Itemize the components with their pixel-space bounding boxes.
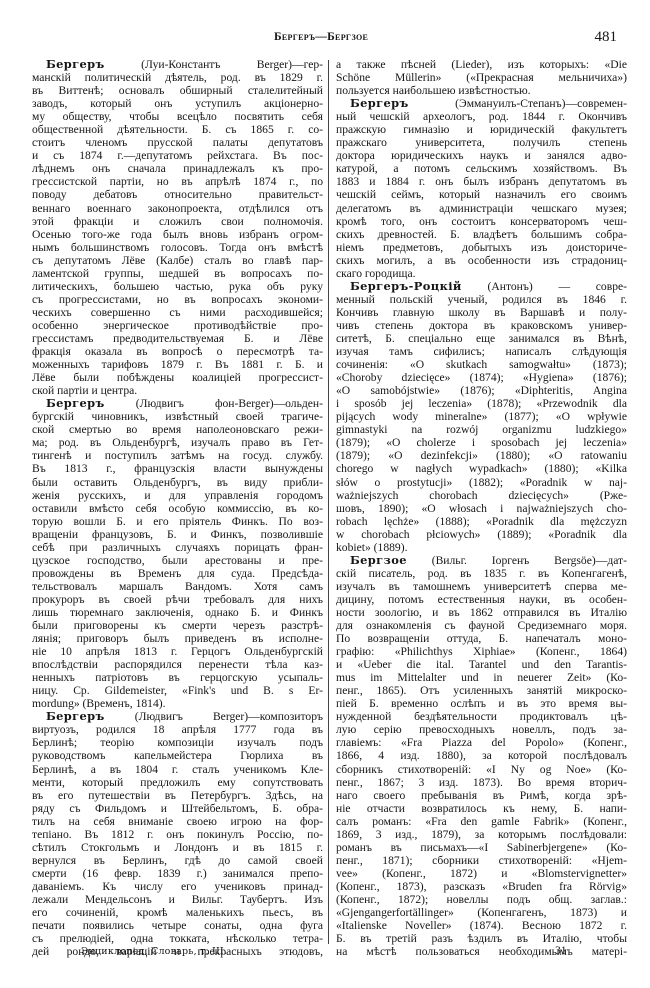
- line-text: ма; род. въ Ольденбургѣ, изучалъ право в…: [32, 436, 323, 449]
- text-line: Въ 1813 г., французскія власти вынуждены: [32, 462, 323, 475]
- text-line: впослѣдствіи распорядился перенести тѣла…: [32, 658, 323, 671]
- line-text: съ депутатомъ Лёве (Калбе) сталъ во глав…: [32, 254, 323, 267]
- line-text: ской партіи и центра.: [32, 384, 137, 397]
- text-line: «O samobójstwie» (1876); «Diphteritis, A…: [336, 384, 627, 397]
- text-line: графію: «Philichthys Xiphiae» (Копенг., …: [336, 645, 627, 658]
- text-line: прокуроръ въ своей рѣчи требовалъ для ни…: [32, 593, 323, 606]
- text-line: менный польскій ученый, родился въ 1846 …: [336, 293, 627, 306]
- text-line: vee» (Копенг., 1872) и «Blomstervignette…: [336, 867, 627, 880]
- text-line: доктора юридическихъ наукъ и занялся адв…: [336, 149, 627, 162]
- line-text: грессистамъ предводительствуемая Б. и Лё…: [32, 332, 323, 345]
- text-line: (1879); «O cholerze i sposobach jej lecz…: [336, 436, 627, 449]
- text-line: ненныхъ патріотовъ въ герцогскую усыпаль…: [32, 671, 323, 684]
- line-text: кромѣ того, онъ состоитъ консерваторомъ …: [336, 215, 627, 228]
- line-text: особенно энергическое противодѣйствіе пр…: [32, 319, 323, 332]
- text-line: Берлинѣ, а въ 1804 г. сталъ ученикомъ Кл…: [32, 763, 323, 776]
- line-text: Лёве были побѣждены коалиціей прогрессис…: [32, 371, 323, 384]
- text-line: грессистской партіи, но въ апрѣлѣ 1874 г…: [32, 175, 323, 188]
- text-line: mus im Mittelalter und in neuerer Zeit» …: [336, 671, 627, 684]
- line-text: 1883 и 1884 г. онъ былъ избранъ депутато…: [336, 175, 627, 188]
- line-text: пражскаго университета, получилъ степень: [336, 136, 627, 149]
- column-divider: [328, 60, 329, 944]
- text-line: ніемъ предметовъ, добытыхъ изъ доисторич…: [336, 241, 627, 254]
- line-text: Въ 1813 г., французскія власти вынуждены: [32, 462, 323, 475]
- text-line: «Gjengangerfortällinger» (Копенгагенъ, 1…: [336, 906, 627, 919]
- text-line: тельствовалъ маршалъ Вандомъ. Хотя самъ: [32, 580, 323, 593]
- right-column: а также пѣсней (Lieder), изъ которыхъ: «…: [336, 58, 627, 958]
- text-line: кромѣ того, онъ состоитъ консерваторомъ …: [336, 215, 627, 228]
- line-text: тельствовалъ маршалъ Вандомъ. Хотя самъ: [32, 580, 323, 593]
- line-text: нужденной бездѣятельности продиктовалъ ц…: [336, 710, 627, 723]
- text-line: провождены въ Временъ для суда. Предсѣда…: [32, 567, 323, 580]
- line-text: и съ 1874 г.—депутатомъ рейхстага. Въ по…: [32, 149, 323, 162]
- text-line: и «Ueber die ital. Tarantel und den Tara…: [336, 658, 627, 671]
- line-text: изучая тамъ сифилисъ; написалъ слѣдующія: [336, 345, 627, 358]
- text-line: 1866, 4 изд. 1880), за которой послѣдова…: [336, 749, 627, 762]
- entry-first-line: Бергеръ-Роцкій (Антонъ) — совре-: [336, 280, 627, 293]
- text-line: ницу. Ср. Gildemeister, «Fink's und B. s…: [32, 684, 323, 697]
- line-text: менный польскій ученый, родился въ 1846 …: [336, 293, 627, 306]
- line-text: ніе 10 апрѣля 1813 г. Герцогъ Ольденбург…: [32, 645, 323, 658]
- line-text: «O samobójstwie» (1876); «Diphteritis, A…: [336, 384, 627, 397]
- text-line: (Копенг., 1873), разсказъ «Bruden fra Rö…: [336, 880, 627, 893]
- text-line: «Choroby dziecięce» (1874); «Hygiena» (1…: [336, 371, 627, 384]
- line-text: 1869, 3 изд., 1879), за которымъ послѣдо…: [336, 828, 627, 841]
- text-line: катурой, а потомъ сельскимъ хозяйствомъ.…: [336, 162, 627, 175]
- line-text: ряду съ Фильдомъ и Штейбельтомъ, Б. обра…: [32, 802, 323, 815]
- line-text: Кончивъ главную школу въ Варшавѣ и полу-: [336, 306, 627, 319]
- line-text: были оставить Ольденбургъ, въ виду прибл…: [32, 476, 323, 489]
- line-text: му обществу, чтобы всецѣло посвятить себ…: [32, 110, 323, 123]
- text-line: вернулся въ Берлинъ, гдѣ до самой своей: [32, 854, 323, 867]
- text-line: сѣтилъ Стокгольмъ и Лондонъ и въ 1815 г.: [32, 841, 323, 854]
- text-line: ламентской группы, шедшей въ вопросахъ п…: [32, 267, 323, 280]
- text-line: руководствомъ капельмейстера Гюрлиха въ: [32, 749, 323, 762]
- line-text: наго своего пребыванія въ Римѣ, когда зр…: [336, 789, 627, 802]
- line-text: ламентской группы, шедшей въ вопросахъ п…: [32, 267, 323, 280]
- text-line: скихъ могилъ, а въ особенности изъ страд…: [336, 254, 627, 267]
- line-text: главіемъ: «Fra Piazza del Popolo» (Копен…: [336, 736, 627, 749]
- entry-headword: Бергзое: [350, 553, 407, 567]
- line-text: этой фракціи и сложилъ свои полномочія.: [32, 215, 323, 228]
- entry-first-line: Бергеръ (Людвигъ фон-Berger)—ольден-: [32, 397, 323, 410]
- text-line: тингенѣ и поступилъ затѣмъ на госуд. слу…: [32, 449, 323, 462]
- text-line: лишь тюремнаго заключенія, однако Б. и Ф…: [32, 606, 323, 619]
- text-line: наго своего пребыванія въ Римѣ, когда зр…: [336, 789, 627, 802]
- text-line: были приговорены къ смерти черезъ разстр…: [32, 619, 323, 632]
- line-text: 1866, 4 изд. 1880), за которой послѣдова…: [336, 749, 627, 762]
- text-line: моженныхъ тарифовъ 1879 г. Въ 1881 г. Б.…: [32, 358, 323, 371]
- text-line: ный чешскій археологъ, род. 1844 г. Окон…: [336, 110, 627, 123]
- text-line: салъ романъ: «Fra den gamle Fabrik» (Коп…: [336, 815, 627, 828]
- line-text: ческихъ совершенно съ ними расходившейся…: [32, 306, 323, 319]
- line-text: (1879); «O dezinfekcji» (1880); «O ratow…: [336, 449, 627, 462]
- line-text: лѣднемъ онъ сначала принадлежалъ къ про-: [32, 162, 323, 175]
- text-line: нужденной бездѣятельности продиктовалъ ц…: [336, 710, 627, 723]
- line-text: вернулся въ Берлинъ, гдѣ до самой своей: [32, 854, 323, 867]
- text-line: (Копенг., 1872); новеллы подъ общ. загла…: [336, 893, 627, 906]
- text-line: дицину, потомъ естественныя науки, въ ос…: [336, 593, 627, 606]
- entry-headword: Бергеръ: [46, 396, 105, 410]
- line-text: нымъ большинствомъ голосовъ. Тогда онъ в…: [32, 241, 323, 254]
- line-text: общественной дѣятельности. Б. съ 1865 г.…: [32, 123, 323, 136]
- line-text: słów o prostytucji» (1882); «Poradnik w …: [336, 476, 627, 489]
- text-line: пражскаго университета, получилъ степень: [336, 136, 627, 149]
- line-text: (Эммануилъ-Степанъ)—современ-: [409, 97, 627, 110]
- line-text: стоитъ членомъ прусской палаты депутатов…: [32, 136, 323, 149]
- text-line: «Italienske Noveller» (1874). Весною 187…: [336, 919, 627, 932]
- entry-headword: Бергеръ: [46, 709, 105, 723]
- text-line: Осенью того-же года былъ вновь избранъ о…: [32, 228, 323, 241]
- line-text: (Копенг., 1872); новеллы подъ общ. загла…: [336, 893, 627, 906]
- line-text: gimnastyki na rozwój organizmu ludzkiego…: [336, 423, 627, 436]
- line-text: торую вошли Б. и его пріятель Финкъ. По …: [32, 515, 323, 528]
- line-text: поводу дебатовъ относительно правительст…: [32, 188, 323, 201]
- line-text: «Choroby dziecięce» (1874); «Hygiena» (1…: [336, 371, 627, 384]
- text-line: общественной дѣятельности. Б. съ 1865 г.…: [32, 123, 323, 136]
- text-line: вращеніи французовъ, Б. и Финкъ, позволи…: [32, 528, 323, 541]
- line-text: пенг., 1865). Отъ усиленныхъ занятій мик…: [336, 684, 627, 697]
- text-line: оставили вмѣсто себя особую коммиссію, в…: [32, 502, 323, 515]
- line-text: грессистской партіи, но въ апрѣлѣ 1874 г…: [32, 175, 323, 188]
- line-text: Берлинѣ; теорію композиціи изучалъ подъ: [32, 736, 323, 749]
- text-line: ности зоологію, и въ 1862 отправился въ …: [336, 606, 627, 619]
- text-line: стоитъ членомъ прусской палаты депутатов…: [32, 136, 323, 149]
- entry-headword: Бергеръ: [350, 96, 409, 110]
- line-text: ніемъ предметовъ, добытыхъ изъ доисторич…: [336, 241, 627, 254]
- text-line: главіемъ: «Fra Piazza del Popolo» (Копен…: [336, 736, 627, 749]
- text-line: ніе 10 апрѣля 1813 г. Герцогъ Ольденбург…: [32, 645, 323, 658]
- line-text: тилъ на себя вниманіе своею игрою на фор…: [32, 815, 323, 828]
- text-line: фракція оказала въ вопросѣ о пересмотрѣ …: [32, 345, 323, 358]
- text-line: тилъ на себя вниманіе своею игрою на фор…: [32, 815, 323, 828]
- text-line: i sposób jej leczenia» (1878); «Przewodn…: [336, 397, 627, 410]
- line-text: лую серію превосходныхъ новеллъ, подъ за…: [336, 723, 627, 736]
- line-text: даваніемъ. Къ числу его учениковъ принад…: [32, 880, 323, 893]
- text-line: себѣ при различныхъ случаяхъ порицать фр…: [32, 541, 323, 554]
- line-text: менти, который предложилъ ему сопутствов…: [32, 776, 323, 789]
- line-text: Осенью того-же года былъ вновь избранъ о…: [32, 228, 323, 241]
- text-line: съ депутатомъ Лёве (Калбе) сталъ во глав…: [32, 254, 323, 267]
- line-text: лянія; приговоръ былъ приведенъ въ испол…: [32, 632, 323, 645]
- line-text: и «Ueber die ital. Tarantel und den Tara…: [336, 658, 627, 671]
- text-line: нымъ большинствомъ голосовъ. Тогда онъ в…: [32, 241, 323, 254]
- line-text: Берлинѣ, а въ 1804 г. сталъ ученикомъ Кл…: [32, 763, 323, 776]
- text-line: бургскій чиновникъ, извѣстный своей траг…: [32, 410, 323, 423]
- line-text: піей Б. временно ослѣпъ и въ это время в…: [336, 697, 627, 710]
- line-text: себѣ при различныхъ случаяхъ порицать фр…: [32, 541, 323, 554]
- page-header: Бергеръ—Бергзое 481: [0, 31, 650, 49]
- line-text: шовъ, 1890); «O włosach i najważniejszyc…: [336, 502, 627, 515]
- line-text: ніе отчасти возвратилось къ нему, Б. нап…: [336, 802, 627, 815]
- text-line: заводъ, который онъ уступилъ акціонерно-: [32, 97, 323, 110]
- text-line: виртуозъ, родился 18 апрѣля 1777 года въ: [32, 723, 323, 736]
- text-line: w chorobach płciowych» (1889); «Poradnik…: [336, 528, 627, 541]
- text-line: ской смертью во время наполеоновскаго ре…: [32, 423, 323, 436]
- line-text: скаго городища.: [336, 267, 416, 280]
- signature-number: 31: [555, 945, 567, 957]
- text-line: pijących wody mineralne» (1877); «O wpły…: [336, 410, 627, 423]
- text-line: ма; род. въ Ольденбургѣ, изучалъ право в…: [32, 436, 323, 449]
- line-text: веннаго военнаго законопроекта, отдѣлилс…: [32, 202, 323, 215]
- text-line: chorego w nagłych wypadkach» (1880); «Ki…: [336, 462, 627, 475]
- line-text: Schöne Müllerin» («Прекрасная мельничиха…: [336, 71, 627, 84]
- text-line: Кончивъ главную школу въ Варшавѣ и полу-: [336, 306, 627, 319]
- line-text: манскій политическій дѣятель, род. въ 18…: [32, 71, 323, 84]
- line-text: (Антонъ) — совре-: [462, 280, 627, 293]
- line-text: «Gjengangerfortällinger» (Копенгагенъ, 1…: [336, 906, 627, 919]
- line-text: смерти (16 февр. 1839 г.) занимался преп…: [32, 867, 323, 880]
- text-line: а также пѣсней (Lieder), изъ которыхъ: «…: [336, 58, 627, 71]
- entry-first-line: Бергеръ (Луи-Константъ Berger)—гер-: [32, 58, 323, 71]
- text-line: скихъ древностей. Б. владѣетъ большимъ с…: [336, 228, 627, 241]
- line-text: лежали Мендельсонъ и Вильг. Таубертъ. Из…: [32, 893, 323, 906]
- line-text: w chorobach płciowych» (1889); «Poradnik…: [336, 528, 627, 541]
- line-text: въ его путешествіи въ Петербургъ. Здѣсь,…: [32, 789, 323, 802]
- line-text: моженныхъ тарифовъ 1879 г. Въ 1881 г. Б.…: [32, 358, 323, 371]
- text-line: тепіано. Въ 1812 г. онъ покинулъ Россію,…: [32, 828, 323, 841]
- line-text: скихъ могилъ, а въ особенности изъ страд…: [336, 254, 627, 267]
- text-line: для ознакомленія съ фауной Средиземнаго …: [336, 619, 627, 632]
- line-text: i sposób jej leczenia» (1878); «Przewodn…: [336, 397, 627, 410]
- page-footer: Энциклопед. Словарь, т. III. 31: [0, 946, 650, 962]
- text-line: были оставить Ольденбургъ, въ виду прибл…: [32, 476, 323, 489]
- text-line: Schöne Müllerin» («Прекрасная мельничиха…: [336, 71, 627, 84]
- line-text: доктора юридическихъ наукъ и занялся адв…: [336, 149, 627, 162]
- text-line: съ прелюдіей, одна токката, нѣсколько те…: [32, 932, 323, 945]
- line-text: бургскій чиновникъ, извѣстный своей траг…: [32, 410, 323, 423]
- text-line: и съ 1874 г.—депутатомъ рейхстага. Въ по…: [32, 149, 323, 162]
- line-text: цузское господство, были арестованы и пр…: [32, 554, 323, 567]
- line-text: kobiet» (1889).: [336, 541, 407, 554]
- text-line: пенг., 1865). Отъ усиленныхъ занятій мик…: [336, 684, 627, 697]
- line-text: mordung» (Временъ, 1814).: [32, 697, 166, 710]
- line-text: ницу. Ср. Gildemeister, «Fink's und B. s…: [32, 684, 323, 697]
- line-text: чивъ степень доктора въ краковскомъ унив…: [336, 319, 627, 332]
- text-line: Б. въ третій разъ ѣздилъ въ Италію, чтоб…: [336, 932, 627, 945]
- page-number: 481: [595, 29, 618, 46]
- line-text: дицину, потомъ естественныя науки, въ ос…: [336, 593, 627, 606]
- line-text: тингенѣ и поступилъ затѣмъ на госуд. слу…: [32, 449, 323, 462]
- text-line: піей Б. временно ослѣпъ и въ это время в…: [336, 697, 627, 710]
- line-text: пражскую гимназію и юридическій факульте…: [336, 123, 627, 136]
- line-text: были приговорены къ смерти черезъ разстр…: [32, 619, 323, 632]
- line-text: (Людвигъ Berger)—композиторъ: [105, 710, 323, 723]
- line-text: (Вильг. Іоргенъ Bergsöe)—дат-: [407, 554, 627, 567]
- line-text: сѣтилъ Стокгольмъ и Лондонъ и въ 1815 г.: [32, 841, 323, 854]
- text-line: поводу дебатовъ относительно правительст…: [32, 188, 323, 201]
- text-line: robach lęchże» (1888); «Poradnik dla męż…: [336, 515, 627, 528]
- line-text: chorego w nagłych wypadkach» (1880); «Ki…: [336, 462, 627, 475]
- text-line: шовъ, 1890); «O włosach i najważniejszyc…: [336, 502, 627, 515]
- text-line: особенно энергическое противодѣйствіе пр…: [32, 319, 323, 332]
- text-line: торую вошли Б. и его пріятель Финкъ. По …: [32, 515, 323, 528]
- line-text: тепіано. Въ 1812 г. онъ покинулъ Россію,…: [32, 828, 323, 841]
- text-line: чивъ степень доктора въ краковскомъ унив…: [336, 319, 627, 332]
- entry-headword: Бергеръ: [46, 57, 105, 71]
- text-line: скій писатель, род. въ 1835 г. въ Копенг…: [336, 567, 627, 580]
- text-line: лежали Мендельсонъ и Вильг. Таубертъ. Из…: [32, 893, 323, 906]
- text-line: ситетѣ, Б. спеціально еще занимался въ В…: [336, 332, 627, 345]
- line-text: оставили вмѣсто себя особую коммиссію, в…: [32, 502, 323, 515]
- line-text: провождены въ Временъ для суда. Предсѣда…: [32, 567, 323, 580]
- text-line: чешскій сеймъ, который назначилъ его сво…: [336, 188, 627, 201]
- line-text: изучалъ въ тамошнемъ университетѣ сперва…: [336, 580, 627, 593]
- text-line: печати появились четыре сонаты, одна фуг…: [32, 919, 323, 932]
- text-line: ważniejszych chorobach dziecięcych» (Рже…: [336, 489, 627, 502]
- entry-first-line: Бергеръ (Эммануилъ-Степанъ)—современ-: [336, 97, 627, 110]
- text-line: съ прогрессистами, но въ вопросахъ эконо…: [32, 293, 323, 306]
- text-line: пенг., 1867; 3 изд. 1873). Во время втор…: [336, 776, 627, 789]
- text-line: его сочиненій, кромѣ маленькихъ пьесъ, в…: [32, 906, 323, 919]
- text-line: му обществу, чтобы всецѣло посвятить себ…: [32, 110, 323, 123]
- text-line: смерти (16 февр. 1839 г.) занимался преп…: [32, 867, 323, 880]
- text-line: грессистамъ предводительствуемая Б. и Лё…: [32, 332, 323, 345]
- line-text: лишь тюремнаго заключенія, однако Б. и Ф…: [32, 606, 323, 619]
- text-line: романъ въ письмахъ—«I Sabinerbjergene» (…: [336, 841, 627, 854]
- text-line: манскій политическій дѣятель, род. въ 18…: [32, 71, 323, 84]
- line-text: пользуется наибольшею извѣстностью.: [336, 84, 531, 97]
- line-text: съ прогрессистами, но въ вопросахъ эконо…: [32, 293, 323, 306]
- text-line: słów o prostytucji» (1882); «Poradnik w …: [336, 476, 627, 489]
- text-line: въ его путешествіи въ Петербургъ. Здѣсь,…: [32, 789, 323, 802]
- line-text: пенг., 1867; 3 изд. 1873). Во время втор…: [336, 776, 627, 789]
- text-line: делегатомъ въ администраціи чешскаго муз…: [336, 202, 627, 215]
- entry-first-line: Бергзое (Вильг. Іоргенъ Bergsöe)—дат-: [336, 554, 627, 567]
- text-line: (1879); «O dezinfekcji» (1880); «O ratow…: [336, 449, 627, 462]
- text-line: изучалъ въ тамошнемъ университетѣ сперва…: [336, 580, 627, 593]
- line-text: Б. въ третій разъ ѣздилъ въ Италію, чтоб…: [336, 932, 627, 945]
- text-line: въ Виттенѣ; основалъ обширный сталелитей…: [32, 84, 323, 97]
- text-line: сочиненія: «O skutkach samogwałtu» (1873…: [336, 358, 627, 371]
- text-line: цузское господство, были арестованы и пр…: [32, 554, 323, 567]
- line-text: ности зоологію, и въ 1862 отправился въ …: [336, 606, 627, 619]
- line-text: салъ романъ: «Fra den gamle Fabrik» (Коп…: [336, 815, 627, 828]
- line-text: руководствомъ капельмейстера Гюрлиха въ: [32, 749, 323, 762]
- line-text: robach lęchże» (1888); «Poradnik dla męż…: [336, 515, 627, 528]
- line-text: сборникъ стихотвореній: «I Ny og Noe» (К…: [336, 763, 627, 776]
- text-line: ніе отчасти возвратилось къ нему, Б. нап…: [336, 802, 627, 815]
- line-text: скихъ древностей. Б. владѣетъ большимъ с…: [336, 228, 627, 241]
- text-line: изучая тамъ сифилисъ; написалъ слѣдующія: [336, 345, 627, 358]
- line-text: (Людвигъ фон-Berger)—ольден-: [105, 397, 323, 410]
- text-line: ческихъ совершенно съ ними расходившейся…: [32, 306, 323, 319]
- text-line: Лёве были побѣждены коалиціей прогрессис…: [32, 371, 323, 384]
- line-text: вращеніи французовъ, Б. и Финкъ, позволи…: [32, 528, 323, 541]
- line-text: ненныхъ патріотовъ въ герцогскую усыпаль…: [32, 671, 323, 684]
- text-line: лянія; приговоръ былъ приведенъ въ испол…: [32, 632, 323, 645]
- line-text: графію: «Philichthys Xiphiae» (Копенг., …: [336, 645, 627, 658]
- signature-mark: Энциклопед. Словарь, т. III.: [81, 946, 227, 957]
- text-line: Берлинѣ; теорію композиціи изучалъ подъ: [32, 736, 323, 749]
- line-text: въ Виттенѣ; основалъ обширный сталелитей…: [32, 84, 323, 97]
- text-line: менти, который предложилъ ему сопутствов…: [32, 776, 323, 789]
- text-line: пенг., 1871); сборники стихотвореній: «H…: [336, 854, 627, 867]
- text-line: ряду съ Фильдомъ и Штейбельтомъ, Б. обра…: [32, 802, 323, 815]
- line-text: романъ въ письмахъ—«I Sabinerbjergene» (…: [336, 841, 627, 854]
- line-text: для ознакомленія съ фауной Средиземнаго …: [336, 619, 627, 632]
- line-text: съ прелюдіей, одна токката, нѣсколько те…: [32, 932, 323, 945]
- text-line: 1883 и 1884 г. онъ былъ избранъ депутато…: [336, 175, 627, 188]
- text-line: По возвращеніи оттуда, Б. напечаталъ мон…: [336, 632, 627, 645]
- line-text: впослѣдствіи распорядился перенести тѣла…: [32, 658, 323, 671]
- text-line: литическихъ, большею частью, рука объ ру…: [32, 280, 323, 293]
- line-text: катурой, а потомъ сельскимъ хозяйствомъ.…: [336, 162, 627, 175]
- text-line: женія русскихъ, и для управленія городом…: [32, 489, 323, 502]
- line-text: скій писатель, род. въ 1835 г. въ Копенг…: [336, 567, 627, 580]
- text-line: gimnastyki na rozwój organizmu ludzkiego…: [336, 423, 627, 436]
- line-text: пенг., 1871); сборники стихотвореній: «H…: [336, 854, 627, 867]
- line-text: его сочиненій, кромѣ маленькихъ пьесъ, в…: [32, 906, 323, 919]
- line-text: ской смертью во время наполеоновскаго ре…: [32, 423, 323, 436]
- line-text: прокуроръ въ своей рѣчи требовалъ для ни…: [32, 593, 323, 606]
- line-text: фракція оказала въ вопросѣ о пересмотрѣ …: [32, 345, 323, 358]
- line-text: По возвращеніи оттуда, Б. напечаталъ мон…: [336, 632, 627, 645]
- line-text: заводъ, который онъ уступилъ акціонерно-: [32, 97, 323, 110]
- entry-first-line: Бергеръ (Людвигъ Berger)—композиторъ: [32, 710, 323, 723]
- line-text: (Луи-Константъ Berger)—гер-: [105, 58, 323, 71]
- line-text: (1879); «O cholerze i sposobach jej lecz…: [336, 436, 627, 449]
- line-text: ситетѣ, Б. спеціально еще занимался въ В…: [336, 332, 627, 345]
- entry-headword: Бергеръ-Роцкій: [350, 279, 462, 293]
- line-text: литическихъ, большею частью, рука объ ру…: [32, 280, 323, 293]
- line-text: mus im Mittelalter und in neuerer Zeit» …: [336, 671, 627, 684]
- text-line: сборникъ стихотвореній: «I Ny og Noe» (К…: [336, 763, 627, 776]
- text-line: пражскую гимназію и юридическій факульте…: [336, 123, 627, 136]
- line-text: (Копенг., 1873), разсказъ «Bruden fra Rö…: [336, 880, 627, 893]
- text-line: лую серію превосходныхъ новеллъ, подъ за…: [336, 723, 627, 736]
- running-head: Бергеръ—Бергзое: [274, 31, 368, 43]
- line-text: сочиненія: «O skutkach samogwałtu» (1873…: [336, 358, 627, 371]
- text-line: лѣднемъ онъ сначала принадлежалъ къ про-: [32, 162, 323, 175]
- line-text: pijących wody mineralne» (1877); «O wpły…: [336, 410, 627, 423]
- line-text: чешскій сеймъ, который назначилъ его сво…: [336, 188, 627, 201]
- line-text: делегатомъ въ администраціи чешскаго муз…: [336, 202, 627, 215]
- text-line: 1869, 3 изд., 1879), за которымъ послѣдо…: [336, 828, 627, 841]
- line-text: виртуозъ, родился 18 апрѣля 1777 года въ: [32, 723, 323, 736]
- line-text: печати появились четыре сонаты, одна фуг…: [32, 919, 323, 932]
- text-line: этой фракціи и сложилъ свои полномочія.: [32, 215, 323, 228]
- line-text: ważniejszych chorobach dziecięcych» (Рже…: [336, 489, 627, 502]
- line-text: «Italienske Noveller» (1874). Весною 187…: [336, 919, 627, 932]
- left-column: Бергеръ (Луи-Константъ Berger)—гер-манск…: [32, 58, 323, 958]
- line-text: а также пѣсней (Lieder), изъ которыхъ: «…: [336, 58, 627, 71]
- line-text: ный чешскій археологъ, род. 1844 г. Окон…: [336, 110, 627, 123]
- text-line: веннаго военнаго законопроекта, отдѣлилс…: [32, 202, 323, 215]
- line-text: женія русскихъ, и для управленія городом…: [32, 489, 323, 502]
- line-text: vee» (Копенг., 1872) и «Blomstervignette…: [336, 867, 627, 880]
- text-line: даваніемъ. Къ числу его учениковъ принад…: [32, 880, 323, 893]
